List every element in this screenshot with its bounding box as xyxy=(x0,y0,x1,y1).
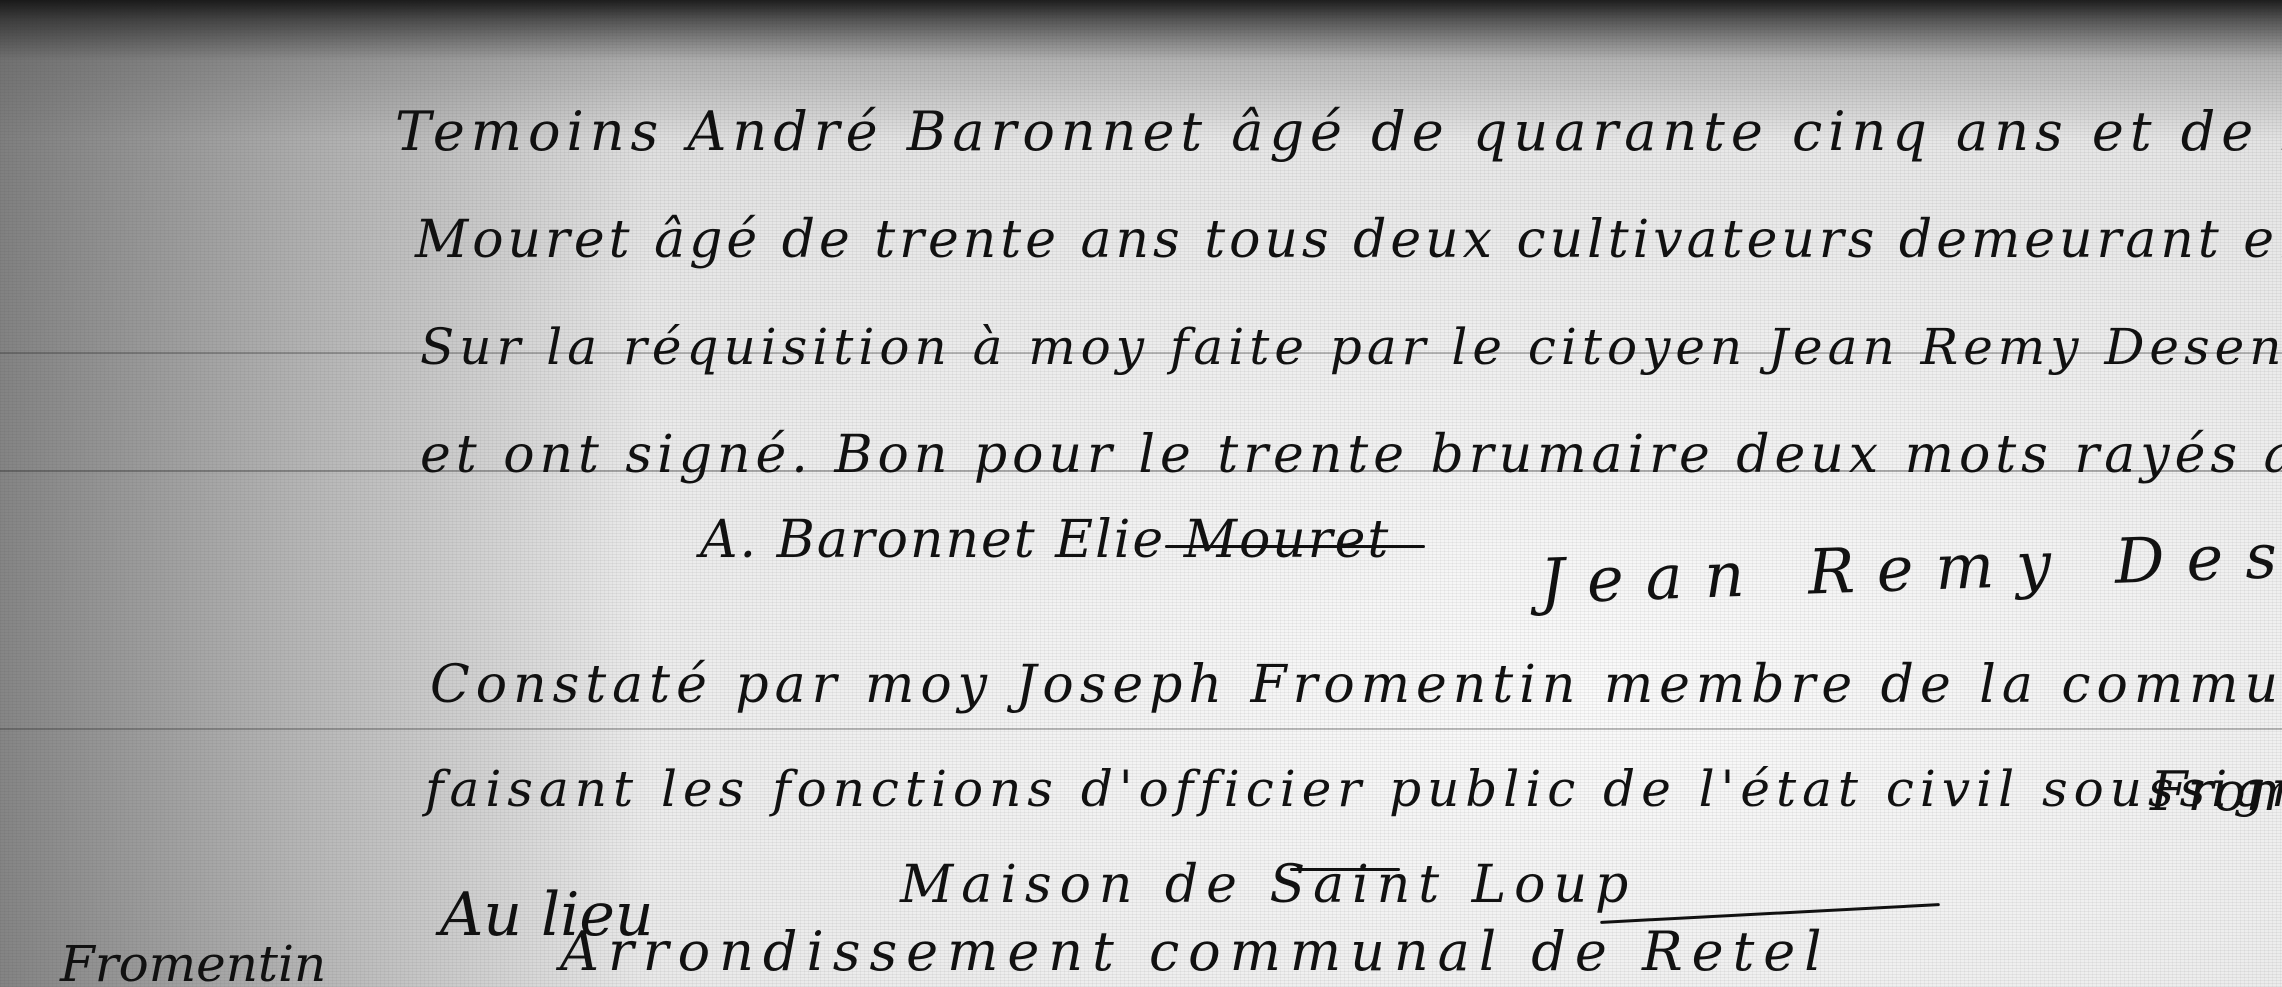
text-line-4: et ont signé. Bon pour le trente brumair… xyxy=(420,425,2282,485)
witness-signatures: A. Baronnet Elie Mouret xyxy=(700,510,1390,570)
text-line-7: Maison de Saint Loup xyxy=(900,855,1636,915)
left-margin-signature: Fromentin xyxy=(60,935,326,987)
signature-flourish xyxy=(1165,545,1425,548)
text-line-2: Mouret âgé de trente ans tous deux culti… xyxy=(415,210,2282,270)
text-line-3: Sur la réquisition à moy faite par le ci… xyxy=(420,318,2282,376)
officer-signature: Fromentin xyxy=(2150,760,2282,823)
text-line-6: faisant les fonctions d'officier public … xyxy=(425,760,2282,818)
text-line-5: Constaté par moy Joseph Fromentin membre… xyxy=(430,655,2282,715)
heading-underline xyxy=(1290,868,1400,871)
ruled-line xyxy=(0,728,2282,730)
text-line-8: Arrondissement communal de Retel xyxy=(560,920,1831,983)
text-line-1: Temoins André Baronnet âgé de quarante c… xyxy=(395,100,2282,163)
